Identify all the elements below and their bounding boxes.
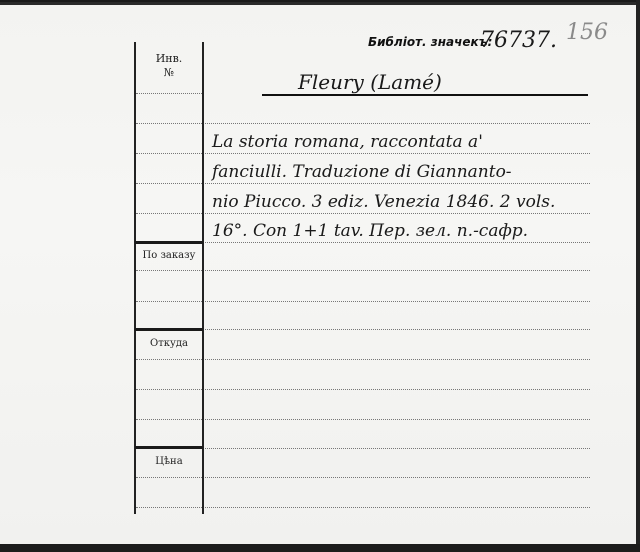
- separator-order: [135, 241, 203, 244]
- card-top-edge: [0, 2, 640, 5]
- ruled-line: [205, 359, 590, 360]
- left-column-border-right: [202, 42, 204, 514]
- ruled-line: [136, 477, 202, 478]
- ruled-line: [205, 301, 590, 302]
- card-right-edge: [636, 0, 640, 552]
- ruled-line: [205, 123, 590, 124]
- author-name: Fleury (Lamé): [298, 70, 442, 94]
- separator-source: [135, 328, 203, 331]
- entry-line-2: fanciulli. Traduzione di Giannanto-: [212, 162, 512, 182]
- ruled-line: [136, 419, 202, 420]
- author-underline: [262, 94, 588, 96]
- ruled-line: [136, 270, 202, 271]
- source-label: Откуда: [136, 338, 202, 349]
- ruled-line: [205, 183, 590, 184]
- order-label: По заказу: [136, 250, 202, 261]
- library-mark-value: 76737.: [480, 28, 557, 53]
- ruled-line: [205, 448, 590, 449]
- entry-line-4: 16°. Con 1+1 tav. Пер. зел. п.-сафр.: [212, 221, 528, 241]
- pencil-annotation: 156: [566, 20, 608, 45]
- left-column-border-left: [134, 42, 136, 514]
- ruled-line: [205, 329, 590, 330]
- catalog-card: Библіот. значекъ: 76737. 156 Инв. № По з…: [0, 2, 636, 544]
- ruled-line: [136, 301, 202, 302]
- ruled-line: [136, 123, 202, 124]
- ruled-line: [205, 270, 590, 271]
- ruled-line: [136, 389, 202, 390]
- entry-line-1: La storia romana, raccontata a': [212, 132, 483, 152]
- ruled-line: [136, 153, 202, 154]
- ruled-line: [136, 213, 202, 214]
- inv-number-label: №: [136, 66, 202, 79]
- ruled-line: [136, 359, 202, 360]
- entry-line-3: nio Piucco. 3 ediz. Venezia 1846. 2 vols…: [212, 192, 555, 212]
- ruled-line: [205, 242, 590, 243]
- separator-price: [135, 446, 203, 449]
- ruled-line: [205, 477, 590, 478]
- ruled-line: [205, 507, 590, 508]
- ruled-line: [205, 213, 590, 214]
- ruled-line: [136, 507, 202, 508]
- price-label: Цѣна: [136, 456, 202, 467]
- ruled-line: [136, 183, 202, 184]
- library-mark-label: Библіот. значекъ:: [368, 35, 492, 49]
- ruled-line: [205, 153, 590, 154]
- ruled-line: [136, 93, 202, 94]
- card-bottom-edge: [0, 544, 640, 552]
- ruled-line: [205, 389, 590, 390]
- inv-label: Инв.: [136, 52, 202, 65]
- ruled-line: [205, 419, 590, 420]
